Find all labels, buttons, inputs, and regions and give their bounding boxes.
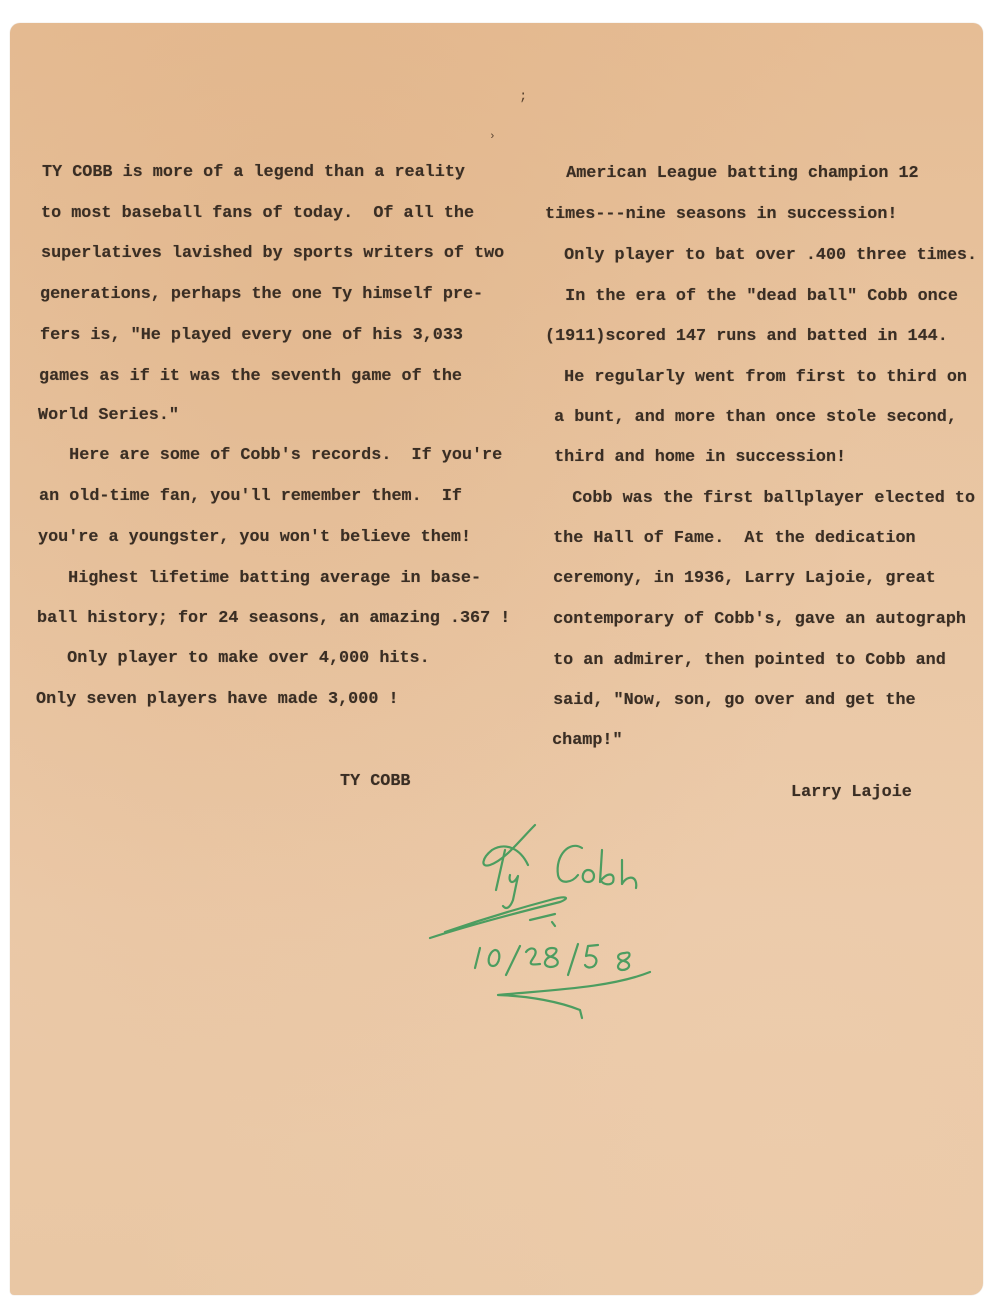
- left-line-14: Only seven players have made 3,000 !: [36, 690, 399, 710]
- typed-document-sheet: ; › TY COBB is more of a legend than a r…: [10, 23, 983, 1295]
- right-line-1: American League batting champion 12: [546, 164, 919, 184]
- right-line-6: He regularly went from first to third on: [544, 368, 967, 388]
- left-line-10: you're a youngster, you won't believe th…: [38, 528, 471, 548]
- right-line-11: ceremony, in 1936, Larry Lajoie, great: [543, 569, 936, 589]
- left-line-6: games as if it was the seventh game of t…: [39, 367, 462, 387]
- left-line-5: fers is, "He played every one of his 3,0…: [40, 326, 463, 346]
- right-line-8: third and home in succession!: [544, 448, 846, 468]
- left-line-8: Here are some of Cobb's records. If you'…: [49, 446, 502, 466]
- right-line-14: said, "Now, son, go over and get the: [543, 691, 916, 711]
- left-line-11: Highest lifetime batting average in base…: [48, 569, 481, 589]
- left-signoff-ty-cobb: TY COBB: [340, 772, 411, 792]
- left-line-7: World Series.": [38, 406, 179, 426]
- stray-mark-semicolon: ;: [519, 89, 527, 105]
- autograph-ink-icon: [410, 820, 680, 1030]
- right-line-3: Only player to bat over .400 three times…: [544, 246, 977, 266]
- left-line-2: to most baseball fans of today. Of all t…: [41, 204, 474, 224]
- right-line-7: a bunt, and more than once stole second,: [544, 408, 957, 428]
- left-line-4: generations, perhaps the one Ty himself …: [40, 285, 483, 305]
- ty-cobb-autograph: [410, 820, 680, 1030]
- right-line-13: to an admirer, then pointed to Cobb and: [543, 651, 946, 671]
- left-line-12: ball history; for 24 seasons, an amazing…: [37, 609, 510, 629]
- right-line-15: champ!": [542, 731, 623, 751]
- left-line-9: an old-time fan, you'll remember them. I…: [39, 487, 462, 507]
- stray-mark-chevron: ›: [489, 131, 496, 143]
- right-line-12: contemporary of Cobb's, gave an autograp…: [543, 610, 966, 630]
- left-line-1: TY COBB is more of a legend than a reali…: [42, 163, 465, 183]
- left-line-13: Only player to make over 4,000 hits.: [47, 649, 430, 669]
- right-line-10: the Hall of Fame. At the dedication: [543, 529, 916, 549]
- right-line-5: (1911)scored 147 runs and batted in 144.: [545, 327, 948, 347]
- right-line-2: times---nine seasons in succession!: [545, 205, 897, 225]
- left-line-3: superlatives lavished by sports writers …: [41, 244, 504, 264]
- right-line-9: Cobb was the first ballplayer elected to: [542, 489, 975, 509]
- right-line-4: In the era of the "dead ball" Cobb once: [545, 287, 958, 307]
- right-signoff-larry-lajoie: Larry Lajoie: [791, 783, 912, 803]
